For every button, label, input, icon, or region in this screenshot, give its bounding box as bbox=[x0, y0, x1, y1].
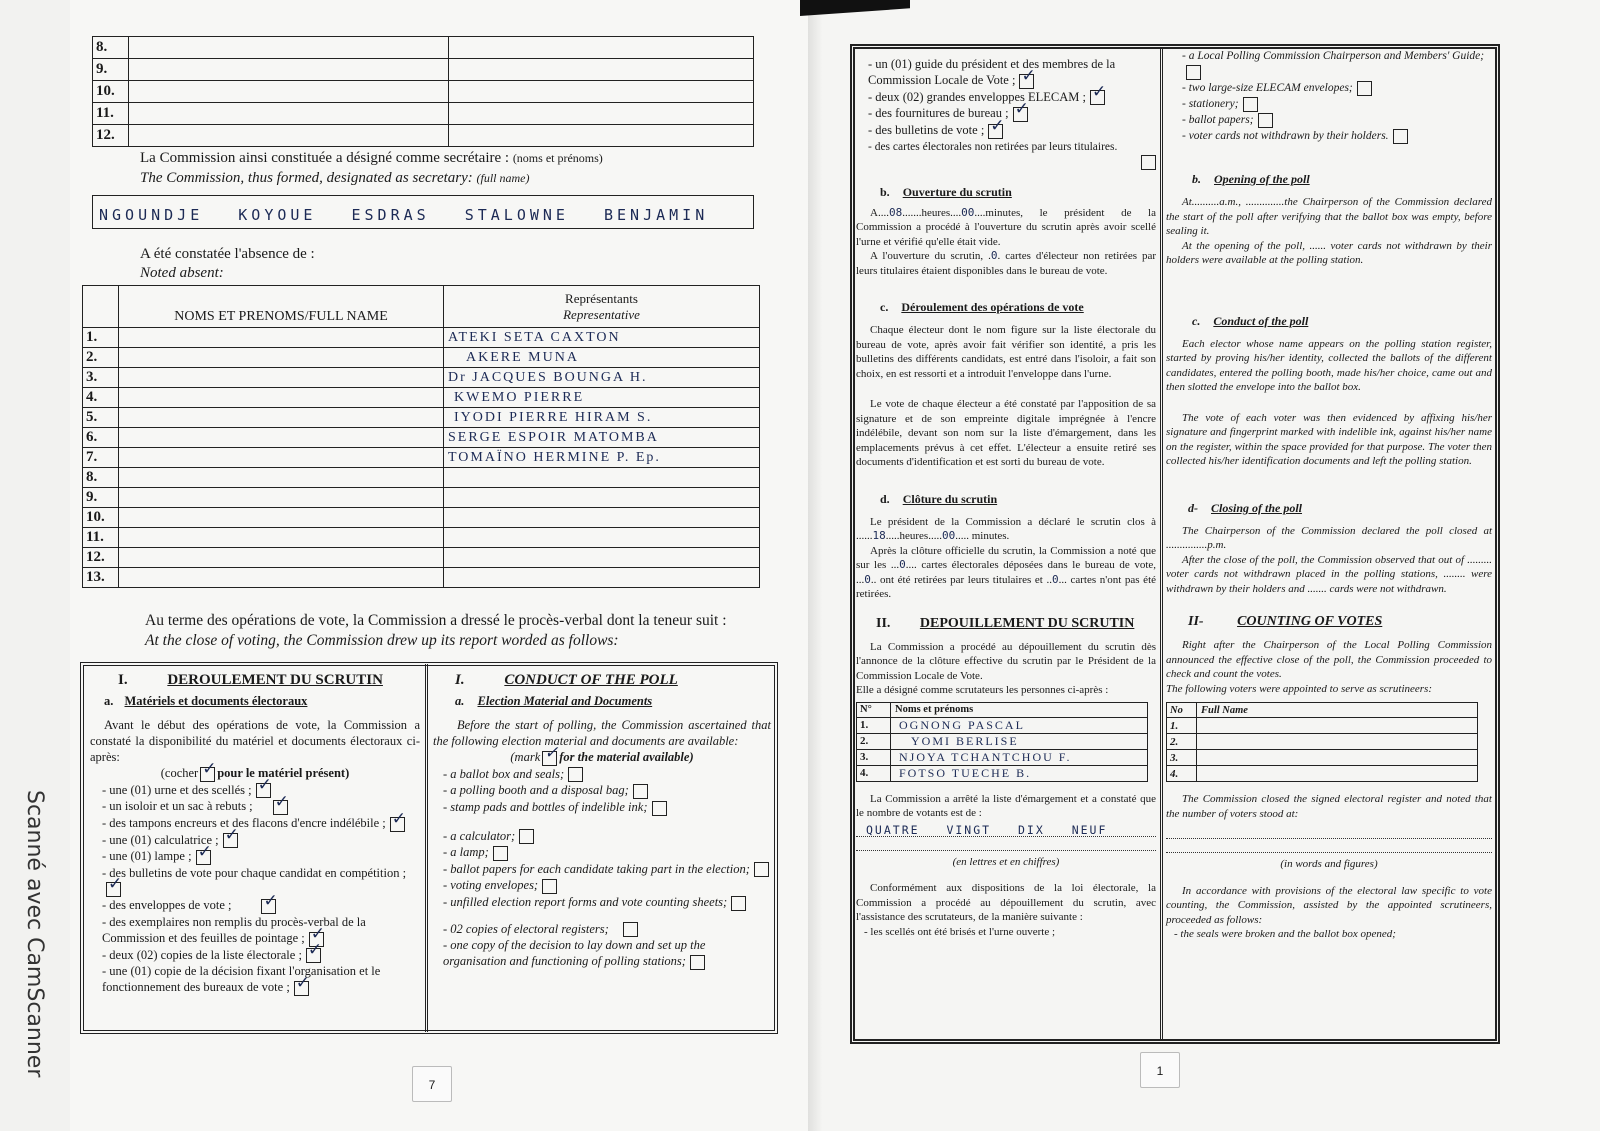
checkbox[interactable] bbox=[542, 879, 557, 894]
material-list-fr-cont: - un (01) guide du président et des memb… bbox=[856, 56, 1156, 171]
checkbox[interactable] bbox=[1258, 113, 1273, 128]
scrutineers-table-en: NoFull Name 1. 2. 3. 4. bbox=[1166, 702, 1478, 782]
secretary-name-field[interactable]: NGOUNDJE KOYOUE ESDRAS STALOWNE BENJAMIN bbox=[92, 195, 754, 229]
list-item: - des fournitures de bureau ; bbox=[868, 105, 1156, 122]
list-item: - one copy of the decision to lay down a… bbox=[443, 937, 771, 970]
table-row: 7.TOMAÏNO HERMINE P. Ep. bbox=[83, 448, 760, 468]
checkbox[interactable] bbox=[1357, 81, 1372, 96]
checkbox[interactable] bbox=[390, 817, 405, 832]
checkbox[interactable] bbox=[1141, 155, 1156, 170]
list-item: - unfilled election report forms and vot… bbox=[443, 894, 771, 911]
example-checkbox-icon bbox=[200, 767, 215, 782]
list-item: - des tampons encreurs et des flacons d'… bbox=[102, 815, 420, 832]
checkbox[interactable] bbox=[106, 882, 121, 897]
checkbox[interactable] bbox=[256, 783, 271, 798]
list-item: - une (01) urne et des scellés ; bbox=[102, 782, 420, 799]
list-item: - un isoloir et un sac à rebuts ; bbox=[102, 798, 420, 815]
list-item: - a Local Polling Commission Chairperson… bbox=[1182, 48, 1492, 80]
closing-hour-field[interactable]: 18 bbox=[873, 529, 886, 542]
list-item: - a ballot box and seals; bbox=[443, 766, 771, 783]
secretary-label-en: The Commission, thus formed, designated … bbox=[140, 170, 530, 187]
table-row: 2.AKERE MUNA bbox=[83, 348, 760, 368]
list-item: - une (01) copie de la décision fixant l… bbox=[102, 963, 420, 996]
table-row: 5.IYODI PIERRE HIRAM S. bbox=[83, 408, 760, 428]
list-item: - des exemplaires non remplis du procès-… bbox=[102, 914, 420, 947]
table-row: 4. bbox=[1167, 766, 1478, 782]
checkbox[interactable] bbox=[196, 850, 211, 865]
absent-label-en: Noted absent: bbox=[140, 265, 224, 282]
example-checkbox-icon bbox=[542, 751, 557, 766]
table-header: N°Noms et prénoms bbox=[857, 702, 1148, 717]
table-row: 6.SERGE ESPOIR MATOMBA bbox=[83, 428, 760, 448]
checkbox[interactable] bbox=[223, 833, 238, 848]
list-item: - ballot papers for each candidate takin… bbox=[443, 861, 771, 878]
table-row: 3. bbox=[1167, 750, 1478, 766]
voters-count-field-en[interactable] bbox=[1166, 821, 1492, 839]
report-intro-en: At the close of voting, the Commission d… bbox=[145, 632, 619, 650]
checkbox[interactable] bbox=[294, 981, 309, 996]
scrutineers-table-fr: N°Noms et prénoms 1.OGNONG PASCAL 2.YOMI… bbox=[856, 702, 1148, 782]
table-row: 2.YOMI BERLISE bbox=[857, 733, 1148, 749]
checkbox[interactable] bbox=[519, 829, 534, 844]
section-fr: I. DEROULEMENT DU SCRUTIN a. Matériels e… bbox=[90, 672, 420, 996]
checkbox[interactable] bbox=[306, 948, 321, 963]
material-list-en: - a ballot box and seals; - a polling bo… bbox=[433, 766, 771, 970]
table-header: NOMS ET PRENOMS/FULL NAME Représentants … bbox=[83, 286, 760, 328]
table-row: 9. bbox=[93, 59, 754, 81]
list-item: - deux (02) copies de la liste électoral… bbox=[102, 947, 420, 964]
list-item: - un (01) guide du président et des memb… bbox=[868, 56, 1156, 89]
list-item: - des bulletins de vote ; bbox=[868, 122, 1156, 139]
voters-count-field[interactable]: QUATRE VINGT DIX NEUF bbox=[856, 821, 1156, 837]
members-table-continued: 8. 9. 10. 11. 12. bbox=[92, 36, 754, 147]
section-en: I. CONDUCT OF THE POLL a. Election Mater… bbox=[433, 672, 771, 970]
checkbox[interactable] bbox=[731, 896, 746, 911]
table-row: 1.ATEKI SETA CAXTON bbox=[83, 328, 760, 348]
page-number: 1 bbox=[1140, 1052, 1180, 1088]
opening-hour-field[interactable]: 08 bbox=[889, 206, 902, 219]
table-row: 11. bbox=[93, 103, 754, 125]
column-divider bbox=[425, 664, 428, 1032]
table-row: 8. bbox=[93, 37, 754, 59]
table-row: 10. bbox=[83, 508, 760, 528]
list-item: - des bulletins de vote pour chaque cand… bbox=[102, 865, 420, 898]
list-item: - 02 copies of electoral registers; bbox=[443, 921, 771, 938]
table-row: 10. bbox=[93, 81, 754, 103]
list-item: - stationery; bbox=[1182, 96, 1492, 112]
list-item: - a polling booth and a disposal bag; bbox=[443, 782, 771, 799]
list-item: - a calculator; bbox=[443, 828, 771, 845]
list-item: - ballot papers; bbox=[1182, 112, 1492, 128]
checkbox[interactable] bbox=[493, 846, 508, 861]
checkbox[interactable] bbox=[754, 862, 769, 877]
list-item: - two large-size ELECAM envelopes; bbox=[1182, 80, 1492, 96]
column-divider bbox=[1160, 48, 1163, 1040]
table-row: 2. bbox=[1167, 734, 1478, 750]
table-row: 9. bbox=[83, 488, 760, 508]
checkbox[interactable] bbox=[988, 124, 1003, 139]
absent-label-fr: A été constatée l'absence de : bbox=[140, 246, 315, 263]
table-header: NoFull Name bbox=[1167, 703, 1478, 718]
table-row: 12. bbox=[93, 125, 754, 147]
checkbox[interactable] bbox=[568, 767, 583, 782]
checkbox[interactable] bbox=[1186, 65, 1201, 80]
table-row: 8. bbox=[83, 468, 760, 488]
material-list-fr: - une (01) urne et des scellés ; - un is… bbox=[90, 782, 420, 996]
watermark: Scanné avec CamScanner bbox=[22, 790, 47, 1077]
checkbox[interactable] bbox=[1243, 97, 1258, 112]
opening-cards-field[interactable]: 0 bbox=[991, 249, 998, 262]
checkbox[interactable] bbox=[261, 899, 276, 914]
table-row: 3.Dr JACQUES BOUNGA H. bbox=[83, 368, 760, 388]
list-item: - des enveloppes de vote ; bbox=[102, 897, 420, 914]
page-number: 7 bbox=[412, 1066, 452, 1102]
checkbox[interactable] bbox=[633, 784, 648, 799]
table-row: 13. bbox=[83, 568, 760, 588]
table-row: 4.KWEMO PIERRE bbox=[83, 388, 760, 408]
page-gutter bbox=[808, 0, 822, 1131]
opening-minutes-field[interactable]: 00 bbox=[961, 206, 974, 219]
checkbox[interactable] bbox=[652, 801, 667, 816]
list-item: - deux (02) grandes enveloppes ELECAM ; bbox=[868, 89, 1156, 106]
table-row: 4.FOTSO TUECHE B. bbox=[857, 765, 1148, 781]
checkbox[interactable] bbox=[690, 955, 705, 970]
checkbox[interactable] bbox=[1013, 107, 1028, 122]
closing-minutes-field[interactable]: 00 bbox=[942, 529, 955, 542]
list-item: - stamp pads and bottles of indelible in… bbox=[443, 799, 771, 816]
list-item: - a lamp; bbox=[443, 844, 771, 861]
checkbox[interactable] bbox=[273, 800, 288, 815]
list-item: - voting envelopes; bbox=[443, 877, 771, 894]
secretary-label-fr: La Commission ainsi constituée a désigné… bbox=[140, 150, 603, 167]
report-intro-fr: Au terme des opérations de vote, la Comm… bbox=[145, 612, 727, 630]
list-item: - des cartes électorales non retirées pa… bbox=[868, 139, 1156, 171]
material-list-en-cont: - a Local Polling Commission Chairperson… bbox=[1166, 48, 1492, 144]
checkbox[interactable] bbox=[1393, 129, 1408, 144]
checkbox[interactable] bbox=[1090, 90, 1105, 105]
table-row: 12. bbox=[83, 548, 760, 568]
table-row: 11. bbox=[83, 528, 760, 548]
table-row: 1. bbox=[1167, 718, 1478, 734]
table-row: 3.NJOYA TCHANTCHOU F. bbox=[857, 749, 1148, 765]
absent-table: NOMS ET PRENOMS/FULL NAME Représentants … bbox=[82, 285, 760, 588]
opening-text-fr: A....08.......heures....00....minutes, l… bbox=[856, 206, 1156, 250]
checkbox[interactable] bbox=[1019, 74, 1034, 89]
right-column-fr: - un (01) guide du président et des memb… bbox=[856, 56, 1156, 939]
list-item: - une (01) calculatrice ; bbox=[102, 832, 420, 849]
list-item: - voter cards not withdrawn by their hol… bbox=[1182, 128, 1492, 144]
list-item: - une (01) lampe ; bbox=[102, 848, 420, 865]
right-column-en: - a Local Polling Commission Chairperson… bbox=[1166, 48, 1492, 942]
table-row: 1.OGNONG PASCAL bbox=[857, 717, 1148, 733]
checkbox[interactable] bbox=[623, 922, 638, 937]
